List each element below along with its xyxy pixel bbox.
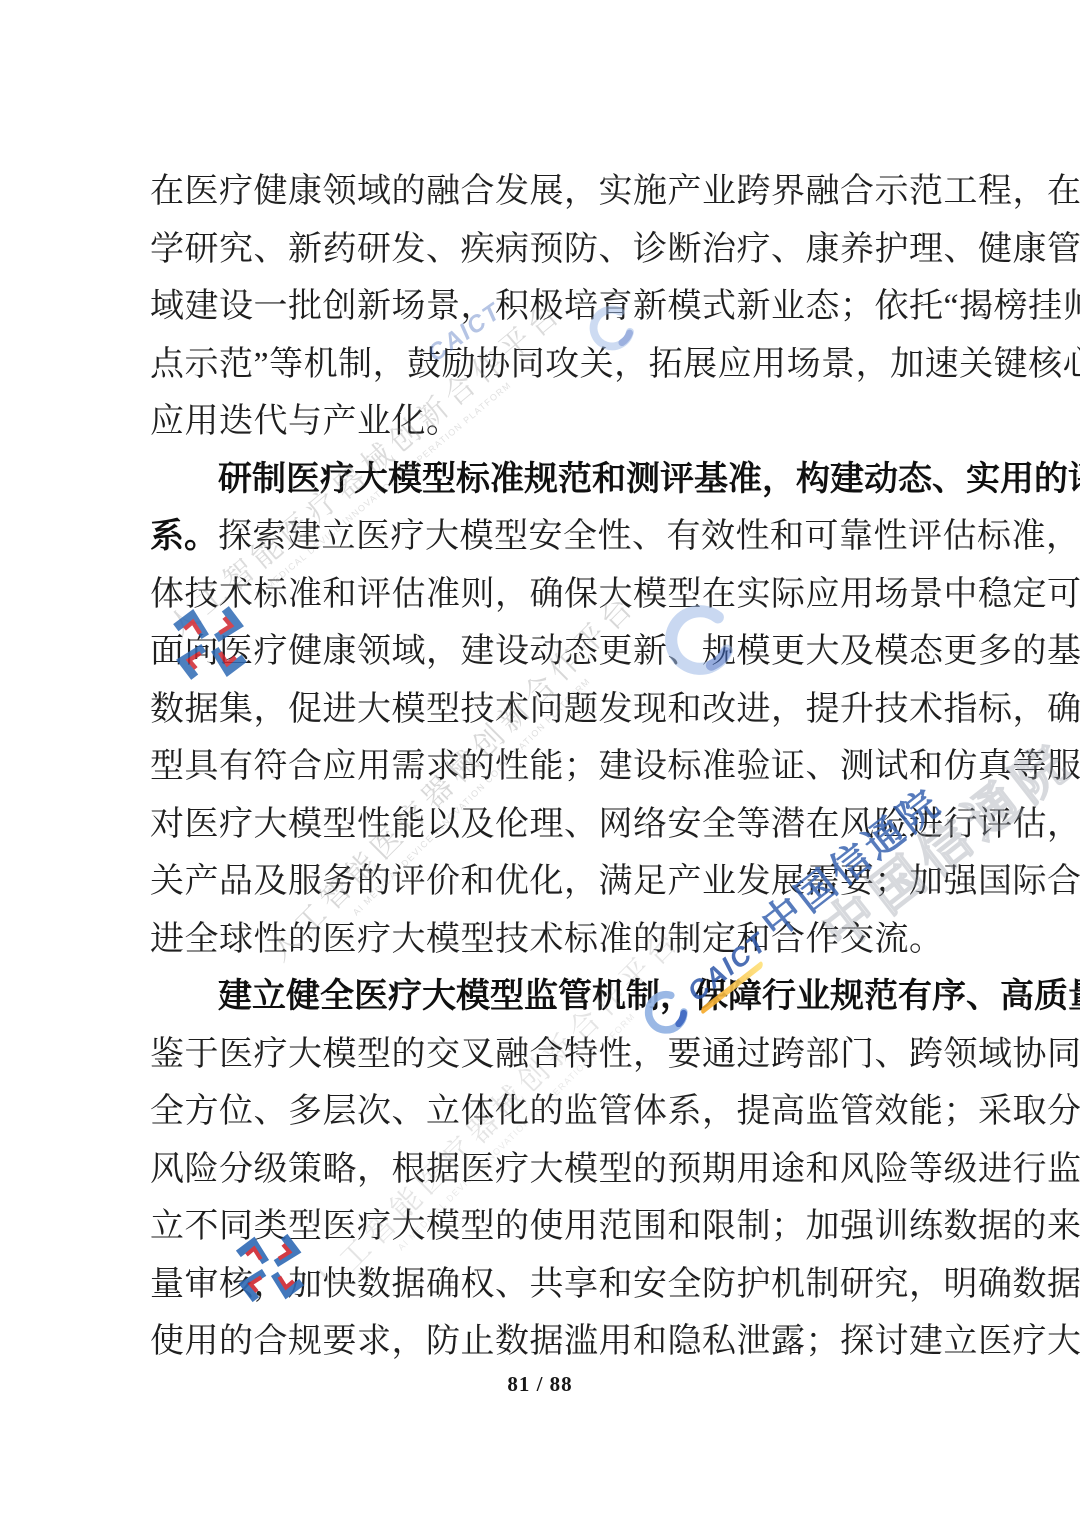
document-text-block: 在医疗健康领域的融合发展，实施产业跨界融合示范工程，在生命科学研究、新药研发、疾… <box>150 163 938 1371</box>
text-line-3: 域建设一批创新场景，积极培育新模式新业态；依托“揭榜挂帅”“试 <box>150 278 938 336</box>
text-line-20: 量审核，加快数据确权、共享和安全防护机制研究，明确数据收集和 <box>150 1256 938 1314</box>
body-text: 域建设一批创新场景，积极培育新模式新业态；依托“揭榜挂帅”“试 <box>150 288 1080 325</box>
body-text: 关产品及服务的评价和优化，满足产业发展需要；加强国际合作，推 <box>150 863 1080 900</box>
text-line-13: 关产品及服务的评价和优化，满足产业发展需要；加强国际合作，推 <box>150 853 938 911</box>
body-text: 数据集，促进大模型技术问题发现和改进，提升技术指标，确保大模 <box>150 691 1080 728</box>
body-text: 面向医疗健康领域，建设动态更新、规模更大及模态更多的基准测试 <box>150 633 1080 670</box>
bold-heading-text: 研制医疗大模型标准规范和测评基准，构建动态、实用的评价体 <box>218 460 1080 498</box>
body-text: 量审核，加快数据确权、共享和安全防护机制研究，明确数据收集和 <box>150 1266 1080 1303</box>
text-line-4: 点示范”等机制，鼓励协同攻关，拓展应用场景，加速关键核心技术 <box>150 336 938 394</box>
body-text: 在医疗健康领域的融合发展，实施产业跨界融合示范工程，在生命科 <box>150 173 1080 210</box>
text-line-11: 型具有符合应用需求的性能；建设标准验证、测试和仿真等服务平台， <box>150 738 938 796</box>
text-line-5: 应用迭代与产业化。 <box>150 393 938 451</box>
text-line-17: 全方位、多层次、立体化的监管体系，提高监管效能；采取分类管理、 <box>150 1083 938 1141</box>
text-line-10: 数据集，促进大模型技术问题发现和改进，提升技术指标，确保大模 <box>150 681 938 739</box>
text-line-21: 使用的合规要求，防止数据滥用和隐私泄露；探讨建立医疗大模型问 <box>150 1313 938 1371</box>
body-text: 使用的合规要求，防止数据滥用和隐私泄露；探讨建立医疗大模型问 <box>150 1323 1080 1360</box>
body-text: 学研究、新药研发、疾病预防、诊断治疗、康养护理、健康管理等领 <box>150 231 1080 268</box>
document-page: 人工智能医疗器械创新合作平台AI MEDICAL DEVICE INNOVATI… <box>0 0 1080 1528</box>
body-text: 进全球性的医疗大模型技术标准的制定和合作交流。 <box>150 921 944 958</box>
text-line-7: 系。探索建立医疗大模型安全性、有效性和可靠性评估标准，研制具 <box>150 508 938 566</box>
text-line-9: 面向医疗健康领域，建设动态更新、规模更大及模态更多的基准测试 <box>150 623 938 681</box>
text-line-14: 进全球性的医疗大模型技术标准的制定和合作交流。 <box>150 911 938 969</box>
body-text: 探索建立医疗大模型安全性、有效性和可靠性评估标准，研制具 <box>218 518 1080 555</box>
body-text: 点示范”等机制，鼓励协同攻关，拓展应用场景，加速关键核心技术 <box>150 346 1080 383</box>
page-number: 81 / 88 <box>0 1372 1080 1397</box>
bold-heading-text: 系。 <box>150 517 218 555</box>
body-text: 型具有符合应用需求的性能；建设标准验证、测试和仿真等服务平台， <box>150 748 1080 785</box>
text-line-18: 风险分级策略，根据医疗大模型的预期用途和风险等级进行监管，确 <box>150 1141 938 1199</box>
bold-heading-text: 建立健全医疗大模型监管机制，保障行业规范有序、高质量发展。 <box>218 977 1080 1015</box>
body-text: 风险分级策略，根据医疗大模型的预期用途和风险等级进行监管，确 <box>150 1151 1080 1188</box>
text-line-1: 在医疗健康领域的融合发展，实施产业跨界融合示范工程，在生命科 <box>150 163 938 221</box>
text-line-6: 研制医疗大模型标准规范和测评基准，构建动态、实用的评价体 <box>150 451 938 509</box>
text-line-2: 学研究、新药研发、疾病预防、诊断治疗、康养护理、健康管理等领 <box>150 221 938 279</box>
text-line-12: 对医疗大模型性能以及伦理、网络安全等潜在风险进行评估，推动相 <box>150 796 938 854</box>
body-text: 对医疗大模型性能以及伦理、网络安全等潜在风险进行评估，推动相 <box>150 806 1080 843</box>
text-line-19: 立不同类型医疗大模型的使用范围和限制；加强训练数据的来源及质 <box>150 1198 938 1256</box>
body-text: 鉴于医疗大模型的交叉融合特性，要通过跨部门、跨领域协同，建立 <box>150 1036 1080 1073</box>
body-text: 全方位、多层次、立体化的监管体系，提高监管效能；采取分类管理、 <box>150 1093 1080 1130</box>
body-text: 应用迭代与产业化。 <box>150 403 461 440</box>
text-line-15: 建立健全医疗大模型监管机制，保障行业规范有序、高质量发展。 <box>150 968 938 1026</box>
text-line-8: 体技术标准和评估准则，确保大模型在实际应用场景中稳定可靠运行； <box>150 566 938 624</box>
body-text: 立不同类型医疗大模型的使用范围和限制；加强训练数据的来源及质 <box>150 1208 1080 1245</box>
text-line-16: 鉴于医疗大模型的交叉融合特性，要通过跨部门、跨领域协同，建立 <box>150 1026 938 1084</box>
body-text: 体技术标准和评估准则，确保大模型在实际应用场景中稳定可靠运行； <box>150 576 1080 613</box>
